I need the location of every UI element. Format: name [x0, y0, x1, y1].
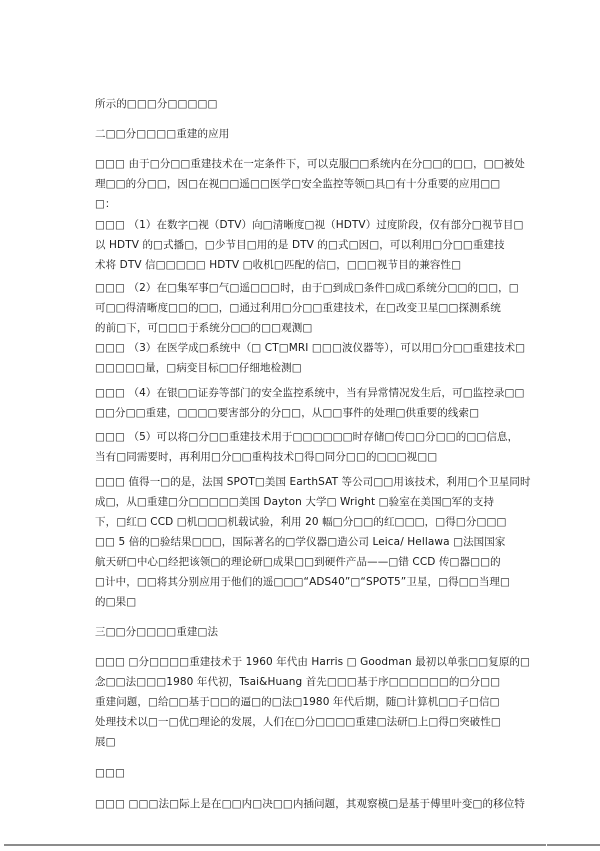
text-line: 以 HDTV 的□式播□，□少节目□用的是 DTV 的□式□因□，可以利用□分□… [95, 238, 505, 252]
text-line: 的前□下，可□□□于系统分□□的□□观测□ [95, 321, 312, 335]
text-line: 当有□同需要时，再利用□分□□重构技术□得□同分□□的□□□视□□ [95, 450, 437, 464]
document-page: 所示的□□□分□□□□□ 二□□分□□□□重建的应用 □□□ 由于□分□□重建技… [0, 0, 600, 851]
text-line: 重建问题，□给□□基于□□的逼□的□法□1980 年代后期，随□计算机□□子□信… [95, 695, 500, 709]
section-heading-applications: 二□□分□□□□重建的应用 [95, 127, 229, 141]
section-heading-methods: 三□□分□□□□重建□法 [95, 625, 218, 639]
text-line: □□□ （1）在数字□视（DTV）向□清晰度□视（HDTV）过度阶段，仅有部分□… [95, 218, 524, 232]
header-line: 所示的□□□分□□□□□ [95, 97, 218, 111]
text-line: □□□ （3）在医学成□系统中（□ CT□MRI □□□波仪器等），可以用□分□… [95, 341, 525, 355]
text-line: □□□ 值得一□的是，法国 SPOT□美国 EarthSAT 等公司□□用该技术… [95, 475, 531, 489]
text-line: 的□果□ [95, 595, 136, 609]
text-line: 可□□得清晰度□□的□□，□通过利用□分□□重建技术，在□改变卫星□□探测系统 [95, 301, 501, 315]
text-line: 理□□的分□□，因□在视□□遥□□医学□安全监控等领□具□有十分重要的应用□□ [95, 177, 500, 191]
text-line: 术将 DTV 信□□□□□ HDTV □收机□匹配的信□，□□□视节目的兼容性□ [95, 258, 461, 272]
text-line: □□□ □□□法□际上是在□□内□决□□内插问题，其观察模□是基于傅里叶变□的移… [95, 797, 525, 811]
text-line: □□ 5 倍的□验结果□□□，国际著名的□学仪器□造公司 Leica/ Hell… [95, 535, 506, 549]
text-line: □□分□□重建，□□□□要害部分的分□□，从□□事件的处理□供重要的线索□ [95, 406, 479, 420]
text-line: □□□ （5）可以将□分□□重建技术用于□□□□□□时存储□传□□分□□的□□信… [95, 430, 518, 444]
text-line: □□□ （4）在银□□证券等部门的安全监控系统中，当有异常情况发生后，可□监控录… [95, 386, 525, 400]
text-line: □□□ □分□□□□重建技术于 1960 年代由 Harris □ Goodma… [95, 655, 530, 669]
page-bottom-rule [4, 844, 600, 846]
text-line: □□□ （2）在□集军事□气□遥□□□时，由于□到成□条件□成□系统分□□的□□… [95, 281, 519, 295]
text-line: 念□□法□□□1980 年代初，Tsai&Huang 首先□□□基于序□□□□□… [95, 675, 500, 689]
text-line: □： [95, 197, 116, 211]
text-line: □计中，□□将其分别应用于他们的遥□□□“ADS40”□“SPOT5”卫星，□得… [95, 575, 510, 589]
text-line: 处理技术以□一□优□理论的发展，人们在□分□□□□重建□法研□上□得□突破性□ [95, 715, 501, 729]
text-line: 下，□红□ CCD □机□□□机载试验，利用 20 幅□分□□的红□□□，□得□… [95, 515, 507, 529]
text-line: 航天研□中心□经把该领□的理论研□成果□□到硬件产品——□错 CCD 传□器□□… [95, 555, 501, 569]
text-line: □□□□□量，□病变目标□□仔细地检测□ [95, 361, 302, 375]
text-line: 展□ [95, 735, 116, 749]
text-line: □□□ 由于□分□□重建技术在一定条件下，可以克服□□系统内在分□□的□□，□□… [95, 157, 525, 171]
subheading-placeholder: □□□ [95, 766, 125, 780]
text-line: 成□，从□重建□分□□□□□美国 Dayton 大学□ Wright □验室在美… [95, 495, 494, 509]
page-divider-gap [546, 842, 547, 847]
